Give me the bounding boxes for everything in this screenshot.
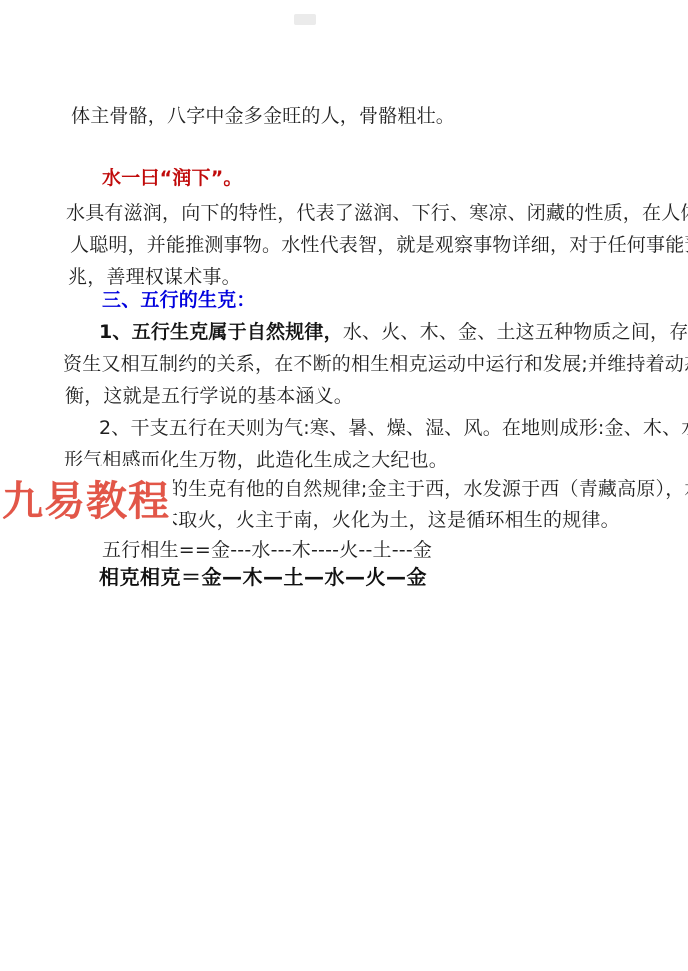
watermark: 九易教程 <box>0 466 173 529</box>
point1-line-3: 衡，这就是五行学说的基本涵义。 <box>65 384 353 408</box>
point1-bold-lead: 1、五行生克属于自然规律， <box>99 321 343 343</box>
section-heading: 三、五行的生克： <box>102 288 256 312</box>
water-paragraph-line-1: 水具有滋润，向下的特性，代表了滋润、下行、寒凉、闭藏的性质，在人体为骨。 <box>66 201 688 225</box>
paragraph-intro: 体主骨骼，八字中金多金旺的人，骨骼粗壮。 <box>71 104 455 128</box>
point1-line-1: 1、五行生克属于自然规律，水、火、木、金、土这五种物质之间，存在着既相互 <box>99 320 688 344</box>
point2-line-1: 2、干支五行在天则为气:寒、暑、燥、湿、风。在地则成形:金、木、水、火、土。 <box>99 416 688 440</box>
water-paragraph-line-3: 兆，善理权谋术事。 <box>68 265 241 289</box>
formula-ke-line: 相克相克＝金—木—土—水—火—金 <box>99 565 427 589</box>
point1-line-2: 资生又相互制约的关系，在不断的相生相克运动中运行和发展;并维持着动态的平 <box>63 352 688 376</box>
water-paragraph-line-2: 人聪明，并能推测事物。水性代表智，就是观察事物详细，对于任何事能预知前 <box>70 233 688 257</box>
formula-sheng-line: 五行相生==金---水---木----火--土---金 <box>102 538 432 562</box>
point1-line-1-rest: 水、火、木、金、土这五种物质之间，存在着既相互 <box>343 321 688 343</box>
water-heading: 水一曰“润下”。 <box>102 166 243 190</box>
document-page: 体主骨骼，八字中金多金旺的人，骨骼粗壮。 水一曰“润下”。 水具有滋润，向下的特… <box>0 0 688 971</box>
point3-line-1: 3、干支的生克有他的自然规律;金主于西，水发源于西（青藏高原），水流向东以 <box>99 477 688 501</box>
scan-artifact <box>294 14 316 25</box>
